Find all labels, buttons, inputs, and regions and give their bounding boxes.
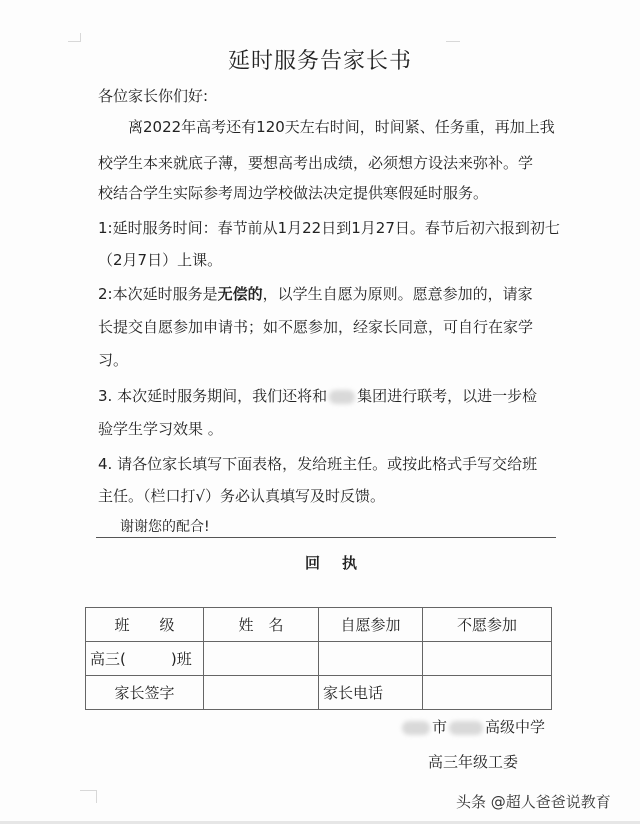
free-of-charge-emphasis: 无偿的 xyxy=(218,285,263,303)
department-name: 高三年级工委 xyxy=(428,751,518,772)
parent-phone-cell[interactable] xyxy=(423,676,552,710)
table-row: 高三( )班 xyxy=(86,642,552,676)
header-name: 姓 名 xyxy=(204,608,319,642)
item-3-line: 3. 本次延时服务期间，我们还将和集团进行联考，以进一步检 xyxy=(98,386,537,406)
paragraph-line: 校学生本来就底子薄，要想高考出成绩，必须想方设法来弥补。学 xyxy=(98,153,533,173)
item-3-prefix: 3. 本次延时服务期间，我们还将和 xyxy=(98,387,327,405)
item-3-suffix: 集团进行联考，以进一步检 xyxy=(357,387,537,405)
cut-line-divider xyxy=(96,537,556,538)
parent-phone-label: 家长电话 xyxy=(319,676,423,710)
greeting: 各位家长你们好: xyxy=(98,86,208,106)
page-corner-mark xyxy=(80,790,97,803)
document-title: 延时服务告家长书 xyxy=(0,44,640,75)
unwilling-checkbox-cell[interactable] xyxy=(423,642,552,676)
receipt-title: 回执 xyxy=(0,552,640,573)
item-1-line: （2月7日）上课。 xyxy=(98,250,222,270)
receipt-form-table: 班 级 姓 名 自愿参加 不愿参加 高三( )班 家长签字 家长电话 xyxy=(85,607,552,710)
willing-checkbox-cell[interactable] xyxy=(319,642,423,676)
item-4-line: 主任。（栏口打√）务必认真填写及时反馈。 xyxy=(98,486,385,506)
redacted-blur xyxy=(329,390,355,404)
school-prefix: 市 xyxy=(432,718,447,736)
school-name: 市高级中学 xyxy=(400,716,545,737)
parent-signature-label: 家长签字 xyxy=(86,676,204,710)
item-2-suffix: ，以学生自愿为原则。愿意参加的，请家 xyxy=(263,285,533,303)
class-cell[interactable]: 高三( )班 xyxy=(86,642,204,676)
parent-signature-cell[interactable] xyxy=(204,676,319,710)
table-row: 家长签字 家长电话 xyxy=(86,676,552,710)
school-suffix: 高级中学 xyxy=(485,718,545,736)
item-3-line: 验学生学习效果 。 xyxy=(98,419,223,439)
table-header-row: 班 级 姓 名 自愿参加 不愿参加 xyxy=(86,608,552,642)
page-corner-mark xyxy=(68,33,81,42)
item-2-line: 习。 xyxy=(98,350,128,370)
paragraph-line: 校结合学生实际参考周边学校做法决定提供寒假延时服务。 xyxy=(98,183,488,203)
paragraph-line: 离2022年高考还有120天左右时间，时间紧、任务重，再加上我 xyxy=(128,117,555,137)
header-class: 班 级 xyxy=(86,608,204,642)
item-4-line: 4. 请各位家长填写下面表格，发给班主任。或按此格式手写交给班 xyxy=(98,454,537,474)
redacted-blur xyxy=(402,721,430,735)
item-2-line: 长提交自愿参加申请书；如不愿参加，经家长同意，可自行在家学 xyxy=(98,317,533,337)
header-willing: 自愿参加 xyxy=(319,608,423,642)
redacted-blur xyxy=(449,721,483,735)
item-2-line: 2:本次延时服务是无偿的，以学生自愿为原则。愿意参加的，请家 xyxy=(98,284,533,304)
document-page: 延时服务告家长书 各位家长你们好: 离2022年高考还有120天左右时间，时间紧… xyxy=(0,0,640,824)
item-2-prefix: 2:本次延时服务是 xyxy=(98,285,218,303)
watermark: 头条 @超人爸爸说教育 xyxy=(456,791,611,812)
page-corner-mark xyxy=(446,41,460,42)
item-1-line: 1:延时服务时间：春节前从1月22日到1月27日。春节后初六报到初七 xyxy=(98,218,560,238)
name-cell[interactable] xyxy=(204,642,319,676)
thanks-line: 谢谢您的配合! xyxy=(120,517,210,537)
header-unwilling: 不愿参加 xyxy=(423,608,552,642)
